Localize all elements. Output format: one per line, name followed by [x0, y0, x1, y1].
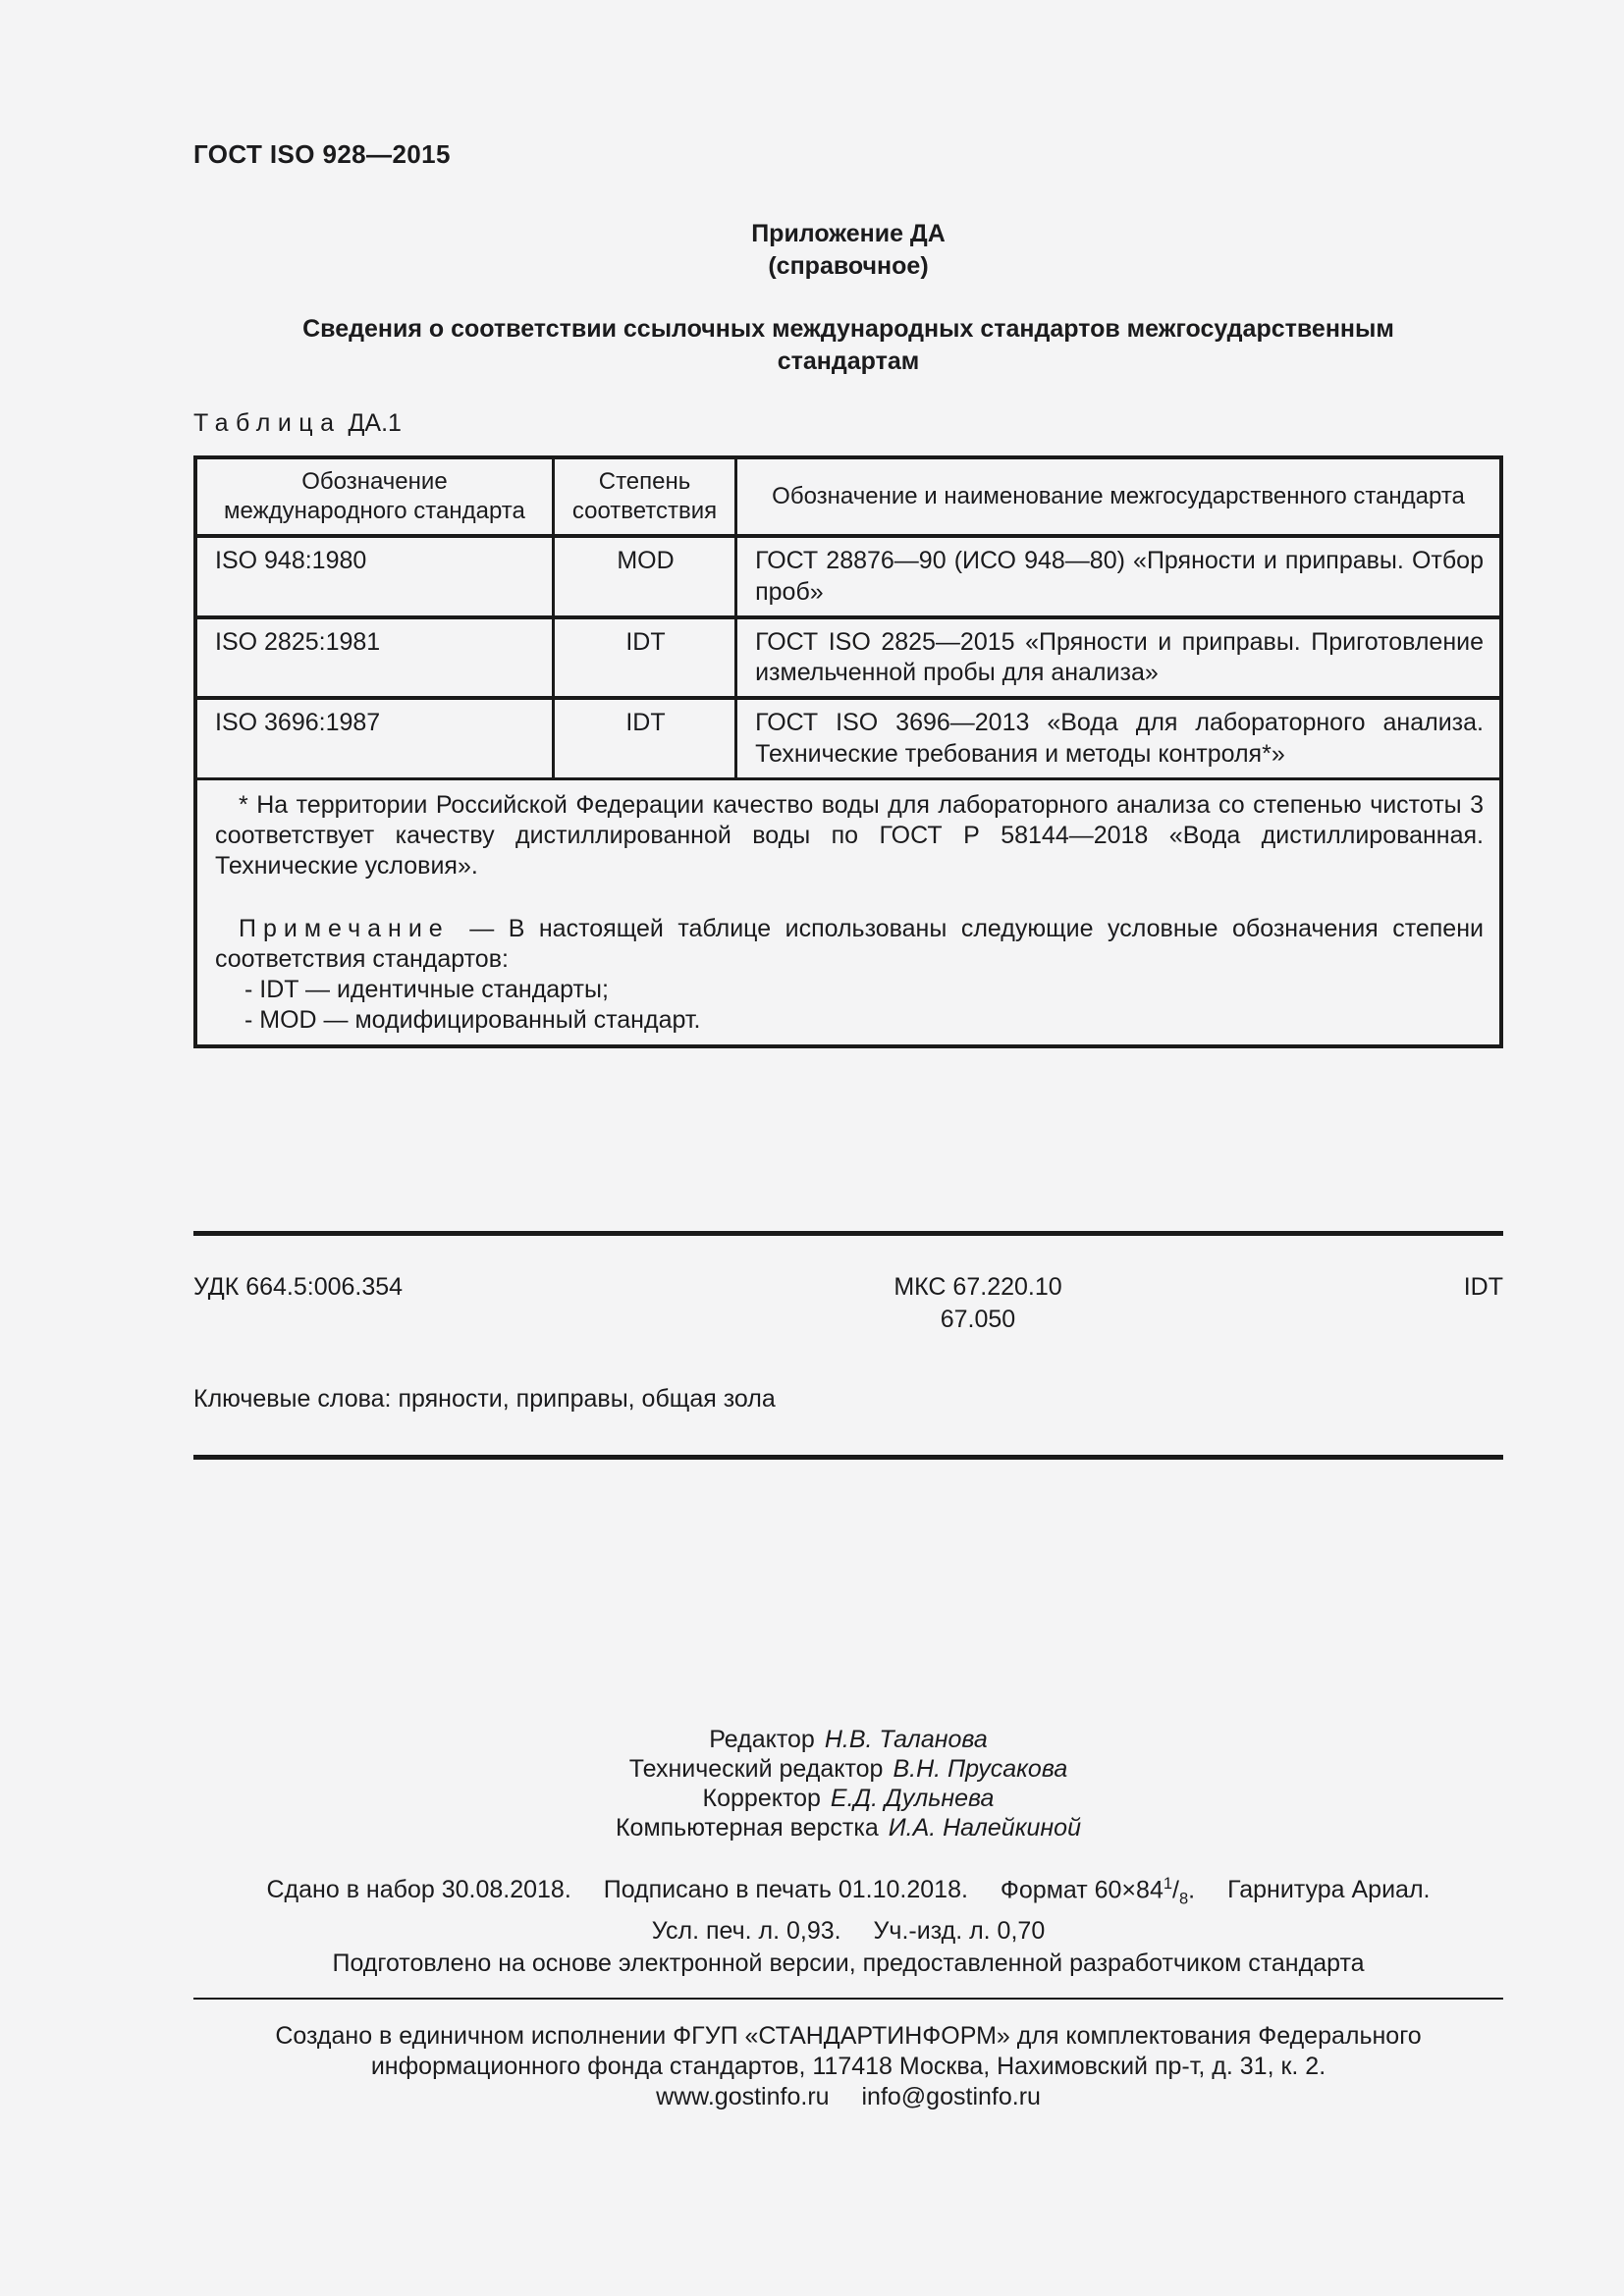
mks-code-primary: МКС 67.220.10 [893, 1271, 1061, 1304]
keywords-line: Ключевые слова: пряности, приправы, обща… [193, 1383, 1503, 1415]
main-title: Сведения о соответствии ссылочных междун… [249, 313, 1447, 378]
credit-role: Редактор [709, 1726, 815, 1753]
annex-title: Приложение ДА [193, 218, 1503, 250]
table-row: ISO 948:1980 MOD ГОСТ 28876—90 (ИСО 948—… [195, 536, 1501, 617]
divider-keywords [193, 1455, 1503, 1460]
cell-interstate-standard: ГОСТ ISO 2825—2015 «Пряности и приправы.… [736, 617, 1501, 699]
table-row: ISO 3696:1987 IDT ГОСТ ISO 3696—2013 «Во… [195, 698, 1501, 778]
cell-international-standard: ISO 2825:1981 [195, 617, 553, 699]
annex-subtitle: (справочное) [193, 250, 1503, 283]
publisher-block: Создано в единичном исполнении ФГУП «СТА… [193, 2021, 1503, 2112]
credit-role: Корректор [703, 1785, 821, 1812]
note-item-idt: - IDT — идентичные стандарты; [244, 975, 1484, 1005]
cell-degree: IDT [553, 617, 735, 699]
imprint-line-sheets: Усл. печ. л. 0,93. Уч.-изд. л. 0,70 [193, 1915, 1503, 1948]
credit-name: Е.Д. Дульнева [831, 1785, 995, 1812]
imprint-block: Сдано в набор 30.08.2018. Подписано в пе… [193, 1868, 1503, 1980]
credit-role: Технический редактор [629, 1755, 884, 1783]
imprint-cond-sheets: Усл. печ. л. 0,93. [652, 1915, 841, 1948]
doc-code: ГОСТ ISO 928—2015 [193, 137, 1503, 171]
imprint-prepared-note: Подготовлено на основе электронной верси… [193, 1948, 1503, 1980]
udk-code: УДК 664.5:006.354 [193, 1271, 764, 1336]
credit-line: КорректорЕ.Д. Дульнева [193, 1784, 1503, 1813]
format-suffix: . [1188, 1876, 1195, 1903]
table-note-row: * На территории Российской Федерации кач… [195, 778, 1501, 1045]
imprint-set-date: Сдано в набор 30.08.2018. [267, 1874, 571, 1906]
note-item-mod: - MOD — модифицированный стандарт. [244, 1005, 1484, 1036]
credit-role: Компьютерная верстка [616, 1814, 879, 1842]
format-prefix: Формат 60×84 [1001, 1876, 1164, 1903]
credit-name: И.А. Налейкиной [889, 1814, 1081, 1842]
cell-degree: IDT [553, 698, 735, 778]
credit-name: В.Н. Прусакова [893, 1755, 1067, 1783]
mks-code-secondary: 67.050 [893, 1304, 1061, 1336]
table-label-word: Таблица [193, 409, 342, 437]
credit-name: Н.В. Таланова [825, 1726, 988, 1753]
format-slash: / [1172, 1876, 1179, 1903]
format-numerator: 1 [1164, 1875, 1172, 1893]
cell-international-standard: ISO 3696:1987 [195, 698, 553, 778]
table-label-number: ДА.1 [348, 409, 401, 437]
website-text: www.gostinfo.ru [656, 2082, 829, 2112]
divider-publisher [193, 1998, 1503, 2000]
cell-interstate-standard: ГОСТ 28876—90 (ИСО 948—80) «Пряности и п… [736, 536, 1501, 617]
format-denominator: 8 [1179, 1890, 1188, 1907]
credit-line: Компьютерная версткаИ.А. Налейкиной [193, 1813, 1503, 1842]
credits-block: РедакторН.В. Таланова Технический редакт… [193, 1725, 1503, 1842]
annex-heading: Приложение ДА (справочное) [193, 218, 1503, 282]
column-header-interstate-standard: Обозначение и наименование межгосударств… [736, 457, 1501, 536]
table-note: Примечание — В настоящей таблице использ… [215, 914, 1484, 976]
table-footnote: * На территории Российской Федерации кач… [215, 790, 1484, 882]
mks-codes: МКС 67.220.10 67.050 [893, 1271, 1061, 1336]
cell-international-standard: ISO 948:1980 [195, 536, 553, 617]
classification-row: УДК 664.5:006.354 МКС 67.220.10 67.050 I… [193, 1271, 1503, 1336]
column-header-degree: Степень соответствия [553, 457, 735, 536]
credit-line: РедакторН.В. Таланова [193, 1725, 1503, 1754]
table-note-cell: * На территории Российской Федерации кач… [195, 778, 1501, 1045]
divider-classification [193, 1231, 1503, 1236]
email-text: info@gostinfo.ru [862, 2082, 1041, 2112]
imprint-acct-sheets: Уч.-изд. л. 0,70 [874, 1915, 1046, 1948]
imprint-print-date: Подписано в печать 01.10.2018. [604, 1874, 968, 1906]
cell-degree: MOD [553, 536, 735, 617]
imprint-line-dates: Сдано в набор 30.08.2018. Подписано в пе… [193, 1868, 1503, 1915]
table-header-row: Обозначение международного стандарта Сте… [195, 457, 1501, 536]
publisher-line: информационного фонда стандартов, 117418… [193, 2052, 1503, 2082]
imprint-typeface: Гарнитура Ариал. [1227, 1874, 1430, 1906]
publisher-contacts: www.gostinfo.ru info@gostinfo.ru [193, 2082, 1503, 2112]
note-label: Примечание [239, 915, 450, 942]
publisher-line: Создано в единичном исполнении ФГУП «СТА… [193, 2021, 1503, 2052]
document-page: ГОСТ ISO 928—2015 Приложение ДА (справоч… [0, 0, 1624, 2112]
imprint-format: Формат 60×841/8. [1001, 1868, 1195, 1915]
credit-line: Технический редакторВ.Н. Прусакова [193, 1754, 1503, 1784]
table-row: ISO 2825:1981 IDT ГОСТ ISO 2825—2015 «Пр… [195, 617, 1501, 699]
table-label: Таблица ДА.1 [193, 407, 1503, 440]
column-header-international-standard: Обозначение международного стандарта [195, 457, 553, 536]
correspondence-table: Обозначение международного стандарта Сте… [193, 455, 1503, 1047]
cell-interstate-standard: ГОСТ ISO 3696—2013 «Вода для лабораторно… [736, 698, 1501, 778]
